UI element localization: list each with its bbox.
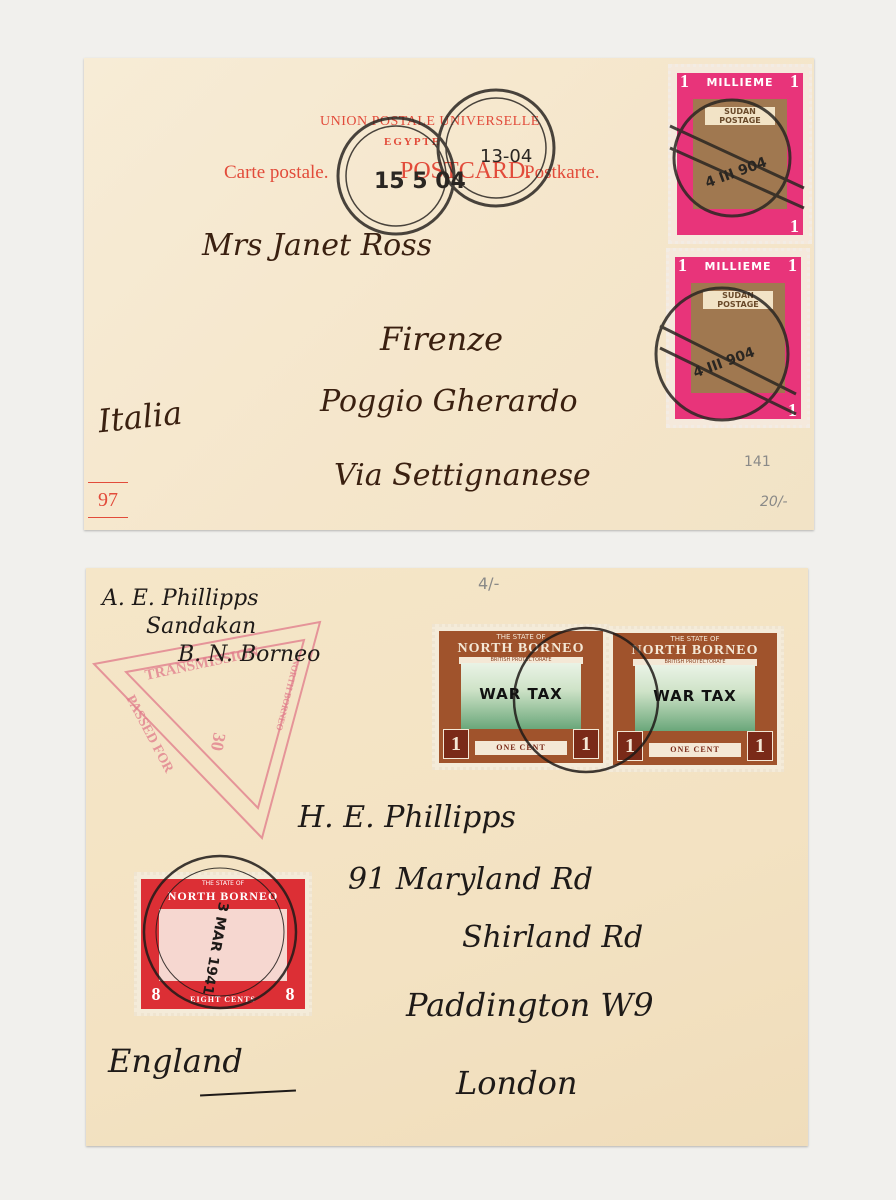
stamp-value: 1 bbox=[680, 71, 689, 92]
stamp-value: 8 bbox=[279, 982, 301, 1006]
recipient-road: Shirland Rd bbox=[462, 920, 643, 955]
north-borneo-war-tax-stamp: THE STATE OF NORTH BORNEO BRITISH PROTEC… bbox=[606, 626, 784, 772]
address-line-country: Italia bbox=[96, 394, 184, 441]
war-tax-overprint: WAR TAX bbox=[439, 685, 603, 703]
stamp-country-label: NORTH BORNEO bbox=[613, 643, 777, 659]
stamp-value: 1 bbox=[790, 216, 799, 237]
stamp-denomination-label: MILLIEME bbox=[675, 260, 801, 273]
stamp-country-label: NORTH BORNEO bbox=[141, 889, 305, 904]
stamp-value: 1 bbox=[790, 71, 799, 92]
catalog-number: 97 bbox=[88, 482, 128, 518]
camel-rider-vignette: SUDAN POSTAGE bbox=[691, 283, 785, 393]
pencil-note: 4/- bbox=[478, 574, 499, 593]
sudan-stamp: MILLIEME 1 1 SUDAN POSTAGE 1 bbox=[666, 248, 810, 428]
stamp-country-label: SUDAN POSTAGE bbox=[703, 291, 773, 309]
stamp-top-label: THE STATE OF bbox=[141, 880, 305, 887]
recipient-city: London bbox=[456, 1064, 577, 1102]
stamp-top-label: THE STATE OF bbox=[439, 633, 603, 641]
stamp-value: 1 bbox=[788, 255, 797, 276]
country-heading: EGYPTE bbox=[384, 136, 441, 148]
stamp-value: 1 bbox=[573, 729, 599, 759]
address-line-city: Firenze bbox=[380, 320, 503, 358]
sudan-stamp: MILLIEME 1 1 SUDAN POSTAGE 1 bbox=[668, 64, 812, 244]
stamp-value: 1 bbox=[747, 731, 773, 761]
firenze-postmark bbox=[438, 90, 554, 206]
svg-text:NORTH BORNEO: NORTH BORNEO bbox=[274, 658, 302, 732]
svg-text:PASSED FOR: PASSED FOR bbox=[122, 693, 176, 776]
stamp-value-text: ONE CENT bbox=[475, 741, 567, 755]
stamp-value-text: ONE CENT bbox=[649, 743, 741, 757]
sender-line-country: B. N. Borneo bbox=[178, 642, 320, 667]
recipient-name: H. E. Phillipps bbox=[298, 800, 516, 835]
stamp-value: 1 bbox=[678, 255, 687, 276]
recipient-district: Paddington W9 bbox=[406, 986, 654, 1024]
egyptian-postcard: UNION POSTALE UNIVERSELLE EGYPTE Carte p… bbox=[84, 58, 814, 530]
carte-postale-label: Carte postale. bbox=[224, 162, 328, 184]
stamp-country-label: SUDAN POSTAGE bbox=[705, 107, 775, 125]
north-borneo-cover: 4/- TRANSMISSION 30 PASSED FOR NORTH BOR… bbox=[86, 568, 808, 1146]
svg-text:30: 30 bbox=[207, 731, 230, 752]
upu-heading: UNION POSTALE UNIVERSELLE bbox=[320, 114, 540, 130]
stamp-value: 1 bbox=[443, 729, 469, 759]
stamp-value-text: EIGHT CENTS bbox=[171, 995, 275, 1004]
recipient-country: England bbox=[108, 1042, 243, 1080]
stamp-top-label: THE STATE OF bbox=[613, 635, 777, 643]
stamp-value: 1 bbox=[788, 400, 797, 421]
sender-line-name: A. E. Phillipps bbox=[102, 586, 259, 611]
postkarte-label: Postkarte. bbox=[524, 162, 599, 184]
postcard-label: POSTCARD. bbox=[400, 158, 531, 185]
north-borneo-war-tax-stamp: THE STATE OF NORTH BORNEO BRITISH PROTEC… bbox=[432, 624, 610, 770]
address-line-villa: Poggio Gherardo bbox=[320, 384, 578, 419]
north-borneo-map-stamp: THE STATE OF NORTH BORNEO 8 EIGHT CENTS … bbox=[134, 872, 312, 1016]
stamp-value: 1 bbox=[617, 731, 643, 761]
stamp-country-label: NORTH BORNEO bbox=[439, 641, 603, 657]
sender-line-town: Sandakan bbox=[146, 614, 256, 639]
address-line-street: Via Settignanese bbox=[334, 458, 591, 493]
pencil-note: 141 bbox=[744, 454, 771, 470]
recipient-street: 91 Maryland Rd bbox=[348, 862, 593, 897]
camel-rider-vignette: SUDAN POSTAGE bbox=[693, 99, 787, 209]
country-underline bbox=[200, 1089, 296, 1096]
stamp-value: 8 bbox=[145, 982, 167, 1006]
stamp-denomination-label: MILLIEME bbox=[677, 76, 803, 89]
pencil-price: 20/- bbox=[760, 494, 788, 510]
war-tax-overprint: WAR TAX bbox=[613, 687, 777, 705]
address-line-name: Mrs Janet Ross bbox=[202, 228, 432, 263]
borneo-map-vignette bbox=[159, 909, 287, 981]
